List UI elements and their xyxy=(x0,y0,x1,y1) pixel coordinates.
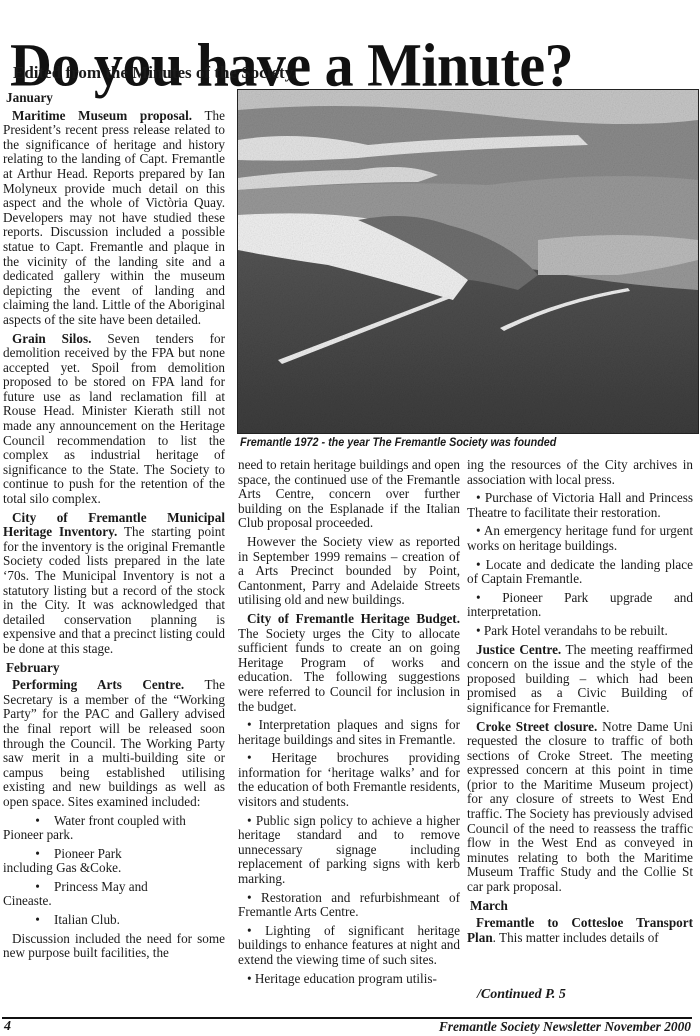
site-item: •Princess May and Cineaste. xyxy=(3,880,163,909)
section-heading: Maritime Museum proposal. xyxy=(12,108,192,123)
budget-item: • Heritage brochures providing informati… xyxy=(238,751,460,809)
budget-item: • Lighting of significant heritage build… xyxy=(238,924,460,968)
section-body: The President’s recent press release rel… xyxy=(3,108,225,327)
continued-link: /Continued P. 5 xyxy=(477,987,566,1003)
section-croke-street: Croke Street closure. Notre Dame Uni req… xyxy=(467,720,693,895)
column-2: need to retain heritage buildings and op… xyxy=(238,458,460,990)
section-justice-centre: Justice Centre. The meeting reaffirmed c… xyxy=(467,643,693,716)
photo-caption: Fremantle 1972 - the year The Fremantle … xyxy=(240,436,556,449)
page-subtitle: Edited from the Minutes of the Society. xyxy=(13,62,296,84)
section-transport-plan: Fremantle to Cottesloe Transport Plan. T… xyxy=(467,916,693,945)
bullet-icon: • xyxy=(12,880,54,895)
paragraph-however: However the Society view as reported in … xyxy=(238,535,460,608)
month-heading-january: January xyxy=(3,91,225,106)
budget-item: • Heritage education program utilis- xyxy=(238,972,460,987)
discussion-text: Discussion included the need for some ne… xyxy=(3,932,225,961)
section-heading: Grain Silos. xyxy=(12,331,91,346)
aerial-photo xyxy=(237,89,699,434)
site-item: •Pioneer Park including Gas &Coke. xyxy=(3,847,133,876)
continued-paragraph: need to retain heritage buildings and op… xyxy=(238,458,460,531)
section-grain-silos: Grain Silos. Seven tenders for demolitio… xyxy=(3,332,225,507)
budget-item: • Public sign policy to achieve a higher… xyxy=(238,814,460,887)
column-1: January Maritime Museum proposal. The Pr… xyxy=(3,91,225,965)
section-maritime-museum: Maritime Museum proposal. The President’… xyxy=(3,109,225,328)
publication-footer: Fremantle Society Newsletter November 20… xyxy=(439,1019,691,1035)
month-heading-february: February xyxy=(3,661,225,676)
section-body: . This matter includes details of xyxy=(493,930,659,945)
section-body: The Society urges the City to allocate s… xyxy=(238,626,460,714)
section-heritage-inventory: City of Fremantle Municipal Heritage Inv… xyxy=(3,511,225,657)
budget-item: • Purchase of Victoria Hall and Princess… xyxy=(467,491,693,520)
site-item: •Water front coupled with Pioneer park. xyxy=(3,814,225,843)
bullet-icon: • xyxy=(12,847,54,862)
section-heading: Justice Centre. xyxy=(476,642,561,657)
month-heading-march: March xyxy=(467,899,693,914)
budget-item: • An emergency heritage fund for urgent … xyxy=(467,524,693,553)
section-body: Seven tenders for demolition received by… xyxy=(3,331,225,507)
budget-item: • Restoration and refurbishmeant of Frem… xyxy=(238,891,460,920)
section-heading: Performing Arts Centre. xyxy=(12,677,184,692)
budget-item: • Park Hotel verandahs to be rebuilt. xyxy=(467,624,693,639)
page-number: 4 xyxy=(4,1019,11,1035)
site-text: Italian Club. xyxy=(54,912,120,927)
column-3: ing the resources of the City archives i… xyxy=(467,458,693,949)
section-heading: City of Fremantle Heritage Budget. xyxy=(247,611,460,626)
budget-item: • Interpretation plaques and signs for h… xyxy=(238,718,460,747)
section-performing-arts: Performing Arts Centre. The Secretary is… xyxy=(3,678,225,809)
section-body: The starting point for the inventory is … xyxy=(3,524,225,656)
section-heading: Croke Street closure. xyxy=(476,719,597,734)
section-body: The Secretary is a member of the “Workin… xyxy=(3,677,225,809)
harbour-image xyxy=(238,90,698,433)
bullet-icon: • xyxy=(12,814,54,829)
continued-paragraph: ing the resources of the City archives i… xyxy=(467,458,693,487)
bullet-icon: • xyxy=(12,913,54,928)
section-body: Notre Dame Uni requested the closure to … xyxy=(467,719,693,895)
site-item: •Italian Club. xyxy=(3,913,225,928)
budget-item: • Locate and dedicate the landing place … xyxy=(467,558,693,587)
section-heritage-budget: City of Fremantle Heritage Budget. The S… xyxy=(238,612,460,714)
budget-item: • Pioneer Park upgrade and interpretatio… xyxy=(467,591,693,620)
